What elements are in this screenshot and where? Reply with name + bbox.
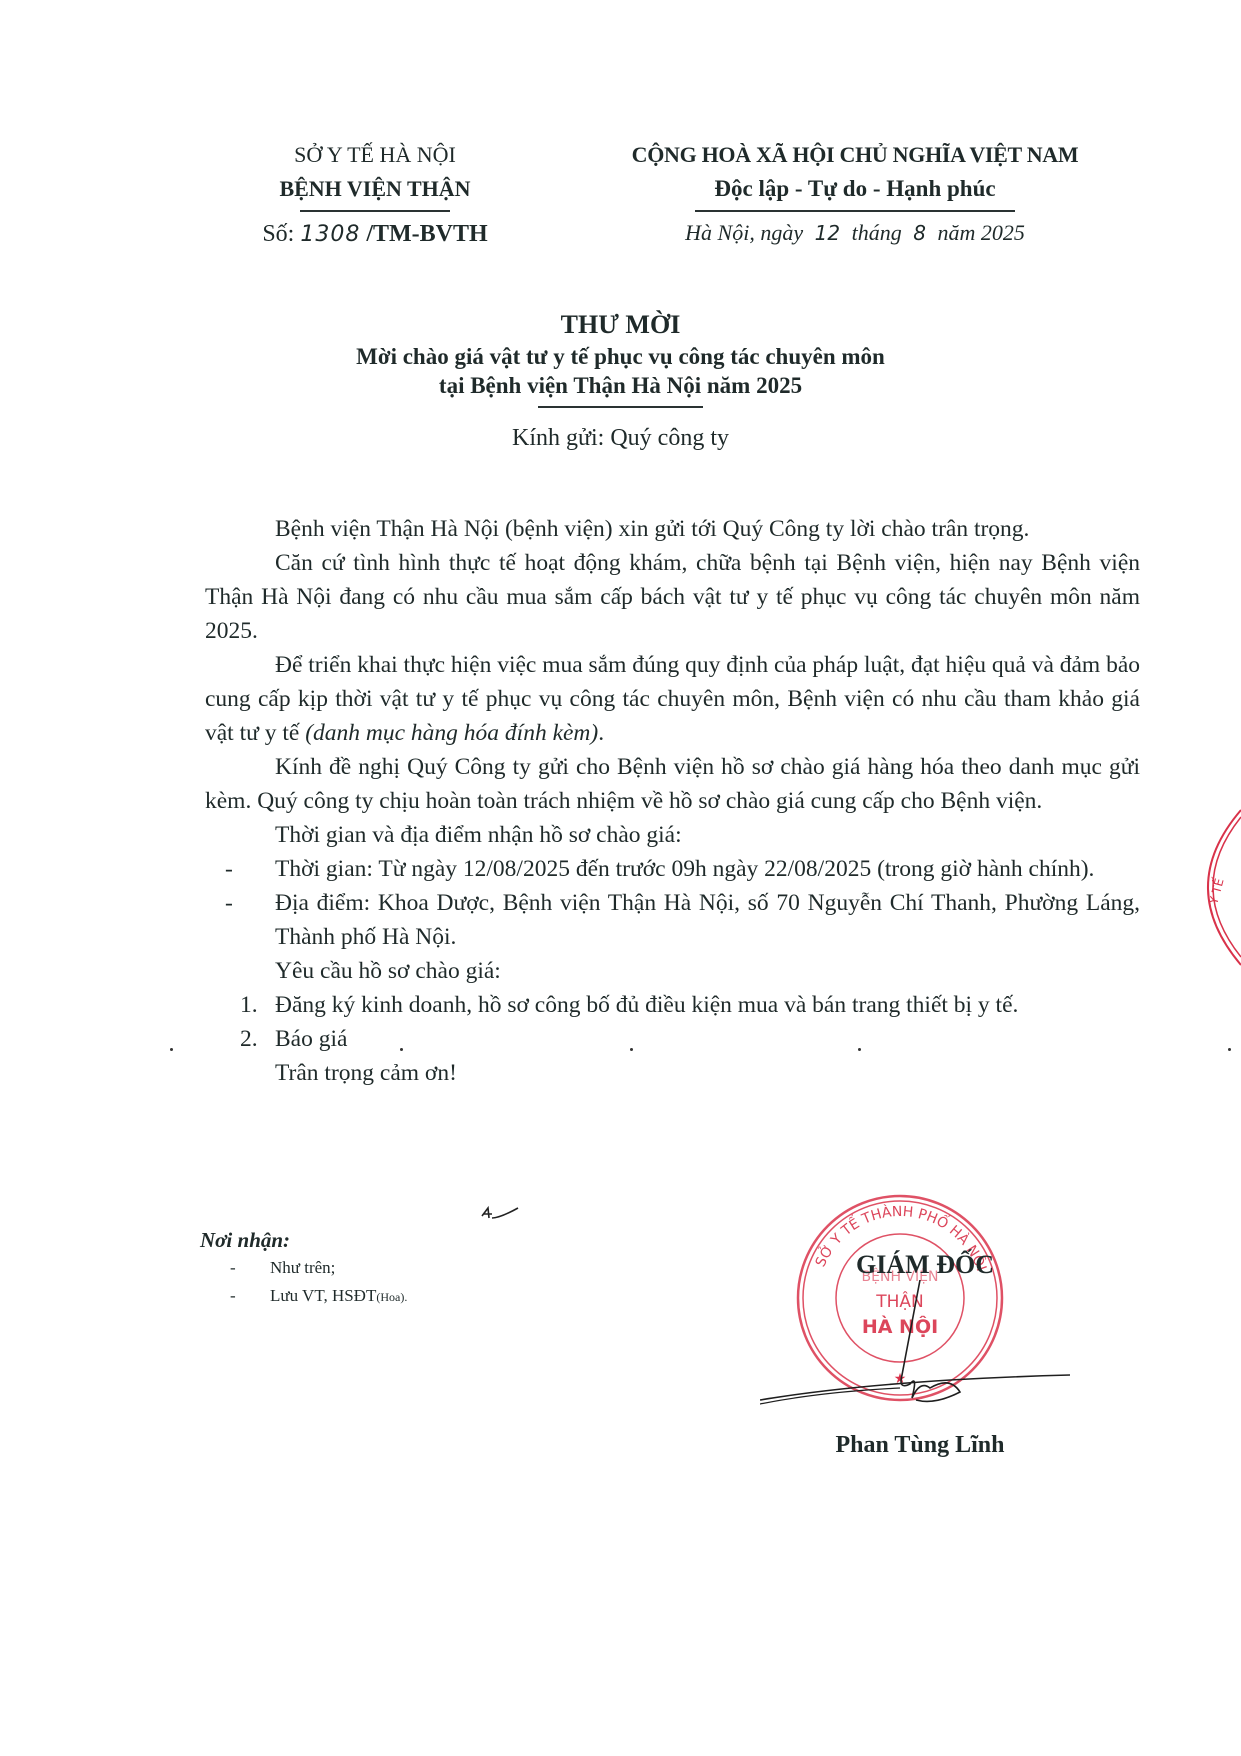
recipients-heading: Nơi nhận: xyxy=(200,1226,560,1254)
handwritten-signature-icon xyxy=(760,1280,1070,1430)
requirement-number: 2. xyxy=(205,1022,275,1056)
paragraph-purpose: Để triển khai thực hiện việc mua sắm đún… xyxy=(205,648,1140,750)
requirement-item: 2. Báo giá xyxy=(205,1022,1140,1056)
place-item: - Địa điểm: Khoa Dược, Bệnh viện Thận Hà… xyxy=(205,886,1140,954)
letter-subtitle-1: Mời chào giá vật tư y tế phục vụ công tá… xyxy=(200,342,1041,371)
paragraph-context: Căn cứ tình hình thực tế hoạt động khám,… xyxy=(205,546,1140,648)
recipient-item: - Như trên; xyxy=(200,1254,560,1282)
motto-divider xyxy=(695,210,1015,212)
margin-stamp-icon: Y TẾ xyxy=(1165,805,1241,970)
time-item: - Thời gian: Từ ngày 12/08/2025 đến trướ… xyxy=(205,852,1140,886)
bullet-dash: - xyxy=(205,886,275,954)
title-divider xyxy=(538,406,703,408)
scan-speck xyxy=(630,1048,633,1051)
recipients-block: Nơi nhận: - Như trên; - Lưu VT, HSĐT(Hoa… xyxy=(200,1226,560,1311)
number-handwritten: 1308 xyxy=(300,222,360,247)
signer-position: GIÁM ĐỐC xyxy=(795,1250,1055,1280)
purpose-end: . xyxy=(598,720,604,746)
scan-speck xyxy=(1228,1048,1231,1051)
bullet-dash: - xyxy=(200,1282,270,1311)
hospital-name: BỆNH VIỆN THẬN xyxy=(230,172,520,206)
issuer-divider xyxy=(300,210,450,212)
recipient-text: Như trên; xyxy=(270,1254,335,1282)
requirements-heading: Yêu cầu hồ sơ chào giá: xyxy=(205,954,1140,988)
letter-body: Bệnh viện Thận Hà Nội (bệnh viện) xin gử… xyxy=(205,512,1140,1090)
scan-speck xyxy=(858,1048,861,1051)
letter-subtitle-2: tại Bệnh viện Thận Hà Nội năm 2025 xyxy=(200,371,1041,400)
recipient-text: Lưu VT, HSĐT xyxy=(270,1286,376,1305)
time-place-heading: Thời gian và địa điểm nhận hồ sơ chào gi… xyxy=(205,818,1140,852)
bullet-dash: - xyxy=(200,1254,270,1282)
department-name: SỞ Y TẾ HÀ NỘI xyxy=(230,138,520,172)
letter-title: THƯ MỜI xyxy=(200,308,1041,342)
paragraph-greeting: Bệnh viện Thận Hà Nội (bệnh viện) xin gử… xyxy=(205,512,1140,546)
nation-title: CỘNG HOÀ XÃ HỘI CHỦ NGHĨA VIỆT NAM xyxy=(590,138,1120,172)
requirement-number: 1. xyxy=(205,988,275,1022)
date-place: Hà Nội, ngày xyxy=(685,220,803,245)
requirement-text: Báo giá xyxy=(275,1022,1140,1056)
salutation: Kính gửi: Quý công ty xyxy=(200,422,1041,454)
signer-name: Phan Tùng Lĩnh xyxy=(770,1432,1070,1459)
place-item-text: Địa điểm: Khoa Dược, Bệnh viện Thận Hà N… xyxy=(275,886,1140,954)
date-month: 8 xyxy=(913,221,926,245)
scan-speck xyxy=(400,1048,403,1051)
requirement-item: 1. Đăng ký kinh doanh, hồ sơ công bố đủ … xyxy=(205,988,1140,1022)
scan-speck xyxy=(170,1048,173,1051)
requirement-text: Đăng ký kinh doanh, hồ sơ công bố đủ điề… xyxy=(275,988,1140,1022)
bullet-dash: - xyxy=(205,852,275,886)
purpose-attachment-note: (danh mục hàng hóa đính kèm) xyxy=(305,720,598,746)
date-day: 12 xyxy=(815,221,840,245)
document-number: Số: 1308 /TM-BVTH xyxy=(230,218,520,251)
number-prefix: Số: xyxy=(262,221,294,247)
date-year: năm 2025 xyxy=(937,220,1024,245)
date-month-label: tháng xyxy=(852,220,902,245)
recipient-item: - Lưu VT, HSĐT(Hoa). xyxy=(200,1282,560,1311)
number-suffix: /TM-BVTH xyxy=(366,221,487,247)
initial-mark-icon xyxy=(480,1204,520,1224)
recipient-subtext: (Hoa). xyxy=(376,1290,407,1304)
issue-date: Hà Nội, ngày 12 tháng 8 năm 2025 xyxy=(590,218,1120,248)
time-item-text: Thời gian: Từ ngày 12/08/2025 đến trước … xyxy=(275,852,1140,886)
national-header: CỘNG HOÀ XÃ HỘI CHỦ NGHĨA VIỆT NAM Độc l… xyxy=(590,138,1120,248)
letter-title-block: THƯ MỜI Mời chào giá vật tư y tế phục vụ… xyxy=(200,308,1041,454)
national-motto: Độc lập - Tự do - Hạnh phúc xyxy=(590,172,1120,206)
closing-line: Trân trọng cảm ơn! xyxy=(205,1056,1140,1090)
paragraph-request: Kính đề nghị Quý Công ty gửi cho Bệnh vi… xyxy=(205,750,1140,818)
issuer-block: SỞ Y TẾ HÀ NỘI BỆNH VIỆN THẬN Số: 1308 /… xyxy=(230,138,520,251)
